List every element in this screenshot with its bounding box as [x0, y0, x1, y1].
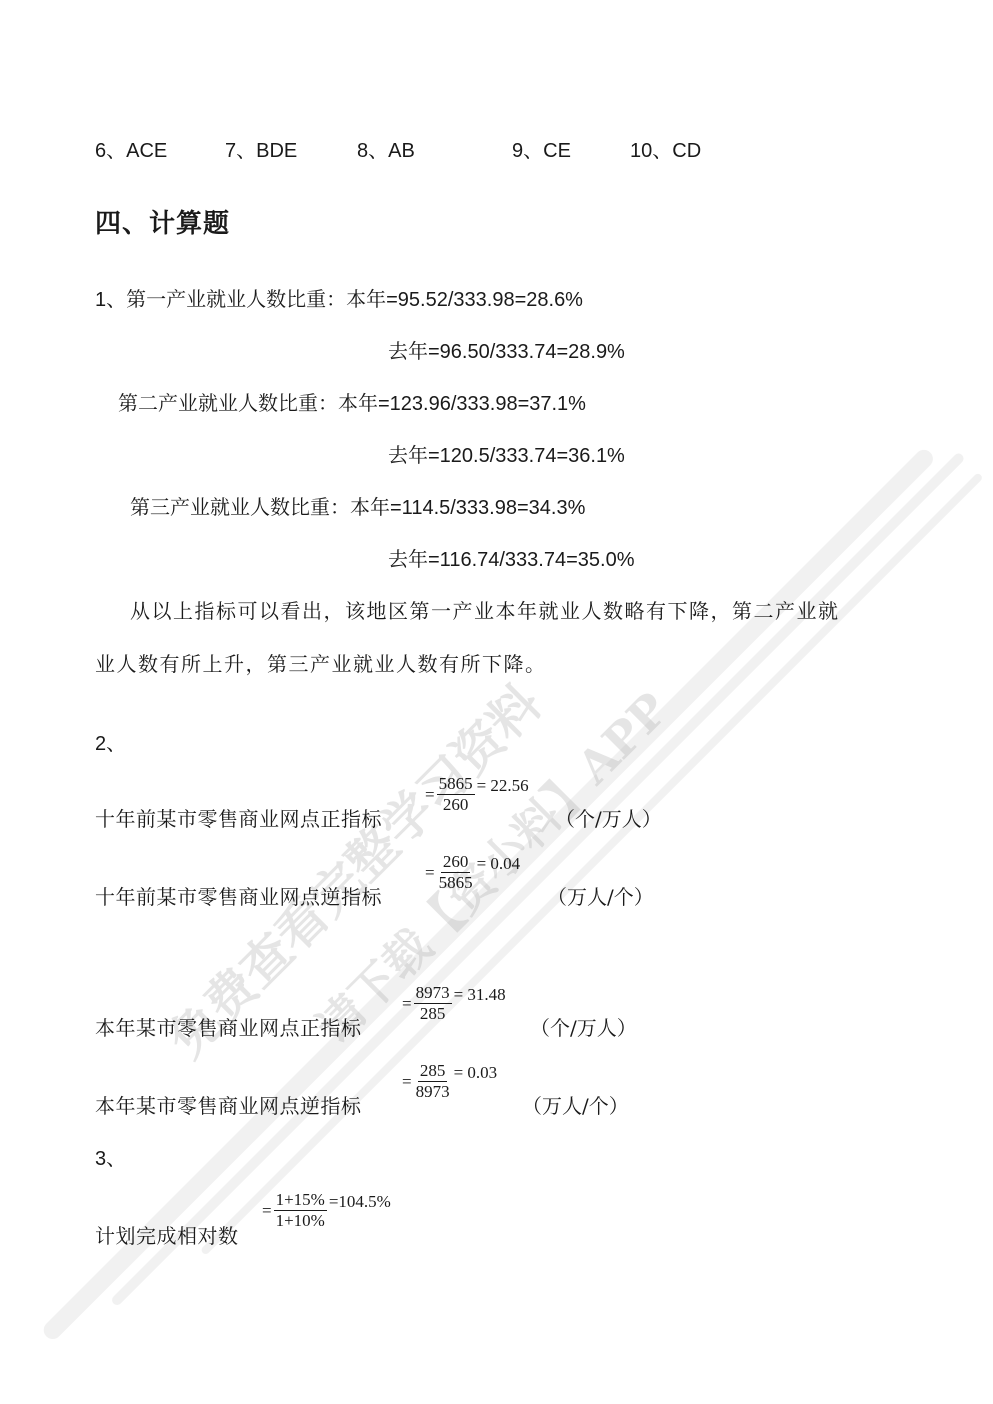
- q1-conclusion-line1: 从以上指标可以看出，该地区第一产业本年就业人数略有下降，第二产业就: [130, 595, 840, 624]
- q2-item-4-unit: （万人/个）: [522, 1090, 629, 1119]
- q2-item-2-label: 十年前某市零售商业网点逆指标: [95, 881, 382, 910]
- q2-item-1-formula: = 5865260 = 22.56: [423, 774, 531, 815]
- document-page: 免费查看完整学习资料 请下载【资小料】APP 6、ACE 7、BDE 8、AB …: [0, 0, 993, 1404]
- q1-row-6: 去年=116.74/333.74=35.0%: [388, 543, 634, 572]
- q1-conclusion-line2: 业人数有所上升，第三产业就业人数有所下降。: [95, 648, 547, 677]
- q2-item-3-label: 本年某市零售商业网点正指标: [95, 1012, 362, 1041]
- watermark-stroke: [200, 472, 983, 1255]
- q2-item-4-label: 本年某市零售商业网点逆指标: [95, 1090, 362, 1119]
- q1-row-2: 去年=96.50/333.74=28.9%: [388, 335, 625, 364]
- answer-8: 8、AB: [357, 134, 415, 163]
- q2-item-1-label: 十年前某市零售商业网点正指标: [95, 803, 382, 832]
- q3-label: 3、: [95, 1142, 126, 1171]
- q1-row-3: 第二产业就业人数比重：本年=123.96/333.98=37.1%: [118, 387, 586, 416]
- q1-row-4: 去年=120.5/333.74=36.1%: [388, 439, 625, 468]
- q2-item-1-unit: （个/万人）: [555, 803, 662, 832]
- q1-row-5: 第三产业就业人数比重：本年=114.5/333.98=34.3%: [130, 491, 585, 520]
- q3-item-label: 计划完成相对数: [95, 1220, 239, 1249]
- q1-label: 1、: [95, 289, 126, 311]
- q2-item-2-unit: （万人/个）: [547, 881, 654, 910]
- answer-9: 9、CE: [512, 134, 571, 163]
- section-heading: 四、计算题: [95, 203, 230, 240]
- q3-item-formula: = 1+15%1+10% =104.5%: [260, 1190, 393, 1231]
- q2-item-3-formula: = 8973285 = 31.48: [400, 983, 508, 1024]
- watermark-stroke: [110, 451, 966, 1307]
- q2-item-2-formula: = 2605865 = 0.04: [423, 852, 522, 893]
- q2-item-4-formula: = 2858973 = 0.03: [400, 1061, 499, 1102]
- answer-7: 7、BDE: [225, 134, 297, 163]
- q1-row-1: 1、第一产业就业人数比重：本年=95.52/333.98=28.6%: [95, 283, 583, 312]
- q2-item-3-unit: （个/万人）: [530, 1012, 637, 1041]
- answer-6: 6、ACE: [95, 134, 167, 163]
- answer-10: 10、CD: [630, 134, 701, 163]
- q2-label: 2、: [95, 727, 126, 756]
